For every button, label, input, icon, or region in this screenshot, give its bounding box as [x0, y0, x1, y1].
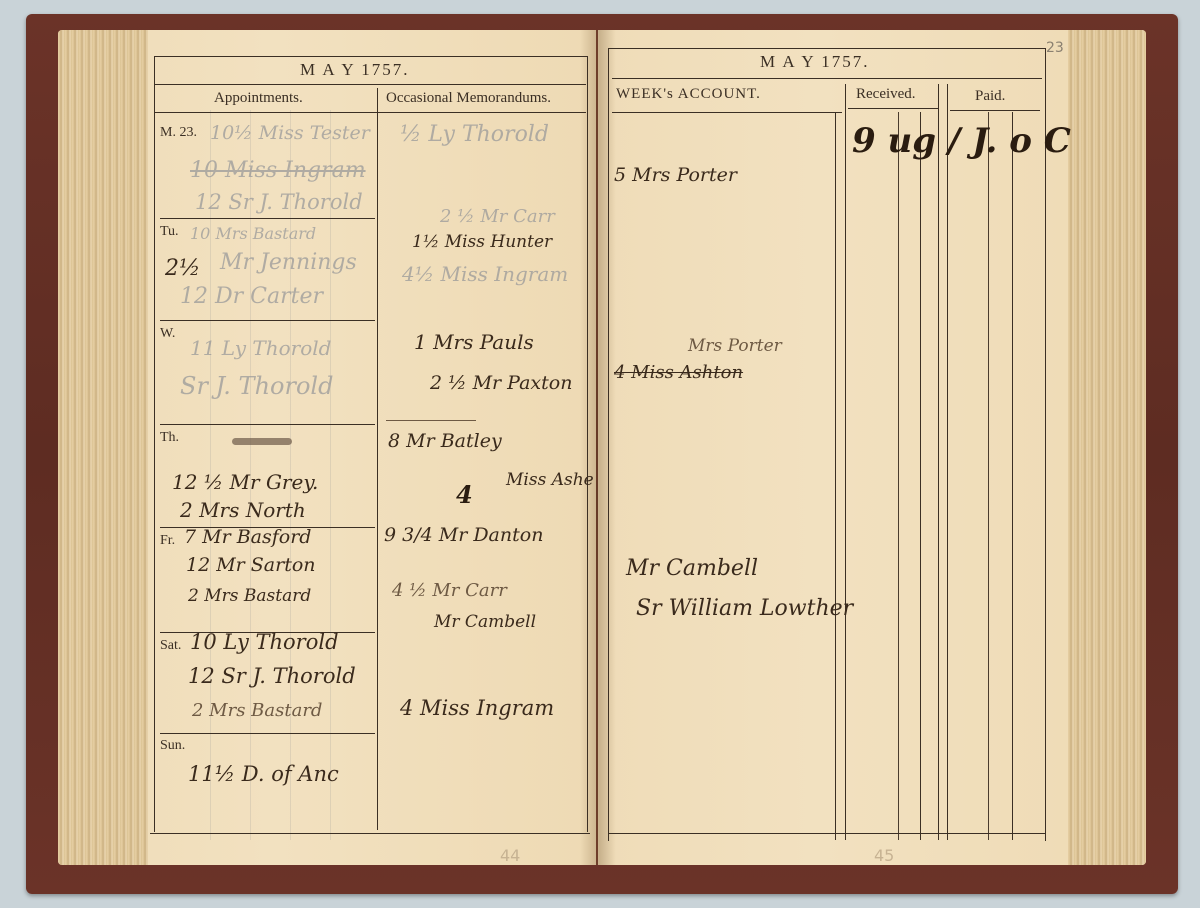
account-entry: 4 Miss Ashton: [614, 362, 743, 383]
day-divider: [160, 218, 375, 219]
account-entry: 5 Mrs Porter: [614, 164, 737, 186]
appointment-entry: 12 Sr J. Thorold: [195, 190, 363, 214]
memorandum-entry: 8 Mr Batley: [388, 430, 502, 452]
page-number: 23: [1046, 40, 1064, 56]
appointments-header: Appointments.: [214, 90, 303, 107]
day-divider: [160, 424, 375, 425]
column-divider: [845, 84, 846, 840]
memorandum-entry: 4 Miss Ingram: [400, 696, 554, 720]
sub-column: [988, 112, 989, 840]
appointment-entry: 12 Mr Sarton: [186, 554, 316, 576]
column-divider: [377, 88, 378, 830]
account-entry: Mr Cambell: [626, 556, 758, 581]
paid-header: Paid.: [975, 88, 1005, 105]
appointment-entry: 10 Ly Thorold: [190, 630, 339, 654]
account-entry: Sr William Lowther: [636, 596, 853, 621]
appointment-entry: 12 Dr Carter: [180, 284, 323, 309]
header-rule: [154, 112, 586, 113]
column-divider: [835, 112, 836, 840]
memoranda-header: Occasional Memorandums.: [386, 90, 551, 107]
bottom-rule: [150, 833, 590, 834]
memorandum-entry: 4: [456, 480, 473, 509]
appointment-entry: 11½ D. of Anc: [188, 762, 339, 786]
day-label-thursday: Th.: [160, 430, 179, 446]
ink-blot: [232, 438, 292, 445]
day-divider: [160, 733, 375, 734]
appointment-entry: 10 Mrs Bastard: [190, 224, 316, 243]
memorandum-entry: 2 ½ Mr Paxton: [430, 372, 572, 394]
memorandum-entry: ½ Ly Thorold: [400, 122, 549, 147]
received-rule: [848, 108, 938, 109]
appointment-entry: Mr Jennings: [220, 250, 357, 275]
paid-rule: [950, 110, 1040, 111]
day-label-friday: Fr.: [160, 533, 175, 549]
sub-column: [898, 112, 899, 840]
appointment-entry: 10½ Miss Tester: [210, 122, 370, 144]
memorandum-entry: 2 ½ Mr Carr: [440, 206, 555, 227]
sub-column: [920, 112, 921, 840]
memoranda-rule: [386, 420, 476, 421]
day-label-monday: M. 23.: [160, 125, 197, 141]
received-header: Received.: [856, 86, 916, 103]
left-page-title: M A Y 1757.: [300, 60, 410, 80]
day-divider: [160, 320, 375, 321]
memorandum-entry: Miss Ashe: [506, 470, 594, 490]
appointment-entry: 10 Miss Ingram: [190, 158, 366, 183]
header-rule: [612, 112, 842, 113]
title-rule: [612, 78, 1042, 79]
week-account-header: WEEK's ACCOUNT.: [616, 86, 761, 103]
memorandum-entry: 1 Mrs Pauls: [414, 330, 534, 354]
memorandum-entry: 9 3/4 Mr Danton: [384, 524, 543, 546]
appointment-entry: 7 Mr Basford: [184, 526, 311, 548]
memorandum-entry: 4 ½ Mr Carr: [392, 580, 507, 601]
memorandum-entry: 4½ Miss Ingram: [402, 262, 568, 286]
appointment-entry: 2 Mrs Bastard: [192, 700, 322, 721]
bottom-rule: [608, 833, 1046, 834]
appointment-entry: 2 Mrs Bastard: [188, 586, 311, 606]
title-rule: [154, 84, 586, 85]
right-page-title: M A Y 1757.: [760, 52, 870, 72]
appointment-entry: Sr J. Thorold: [180, 372, 333, 400]
memorandum-entry: 1½ Miss Hunter: [412, 232, 552, 252]
day-label-tuesday: Tu.: [160, 224, 179, 240]
folio-number-right: 45: [874, 846, 894, 865]
received-mark: 9 ug / J. o C: [852, 118, 1071, 166]
appointment-entry: 2 Mrs North: [180, 498, 306, 522]
sub-column: [1012, 112, 1013, 840]
appointment-entry: 2½: [165, 256, 200, 281]
left-page-edges: [58, 30, 148, 865]
day-label-sunday: Sun.: [160, 738, 185, 754]
memorandum-entry: Mr Cambell: [434, 612, 536, 632]
folio-number-left: 44: [500, 846, 520, 865]
column-divider: [947, 84, 948, 840]
right-page-edges: [1068, 30, 1146, 865]
day-label-wednesday: W.: [160, 326, 175, 342]
appointment-entry: 11 Ly Thorold: [190, 336, 331, 360]
day-label-saturday: Sat.: [160, 638, 181, 654]
appointment-entry: 12 Sr J. Thorold: [188, 664, 356, 688]
column-divider: [938, 84, 939, 840]
account-entry: Mrs Porter: [688, 336, 782, 356]
appointment-entry: 12 ½ Mr Grey.: [172, 470, 318, 494]
